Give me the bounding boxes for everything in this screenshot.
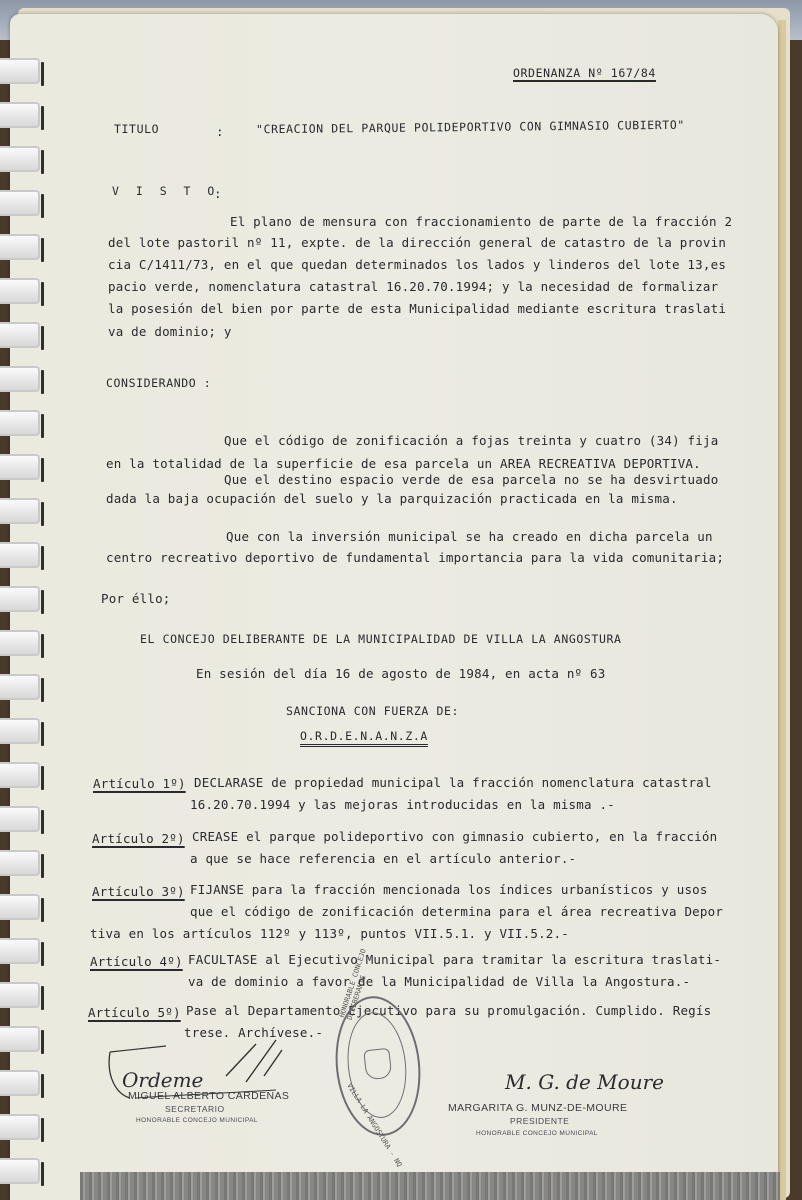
session-info: En sesión del día 16 de agosto de 1984, … <box>196 666 605 681</box>
visto-separator: : <box>214 186 222 201</box>
article-line: a que se hace referencia en el artículo … <box>190 851 576 866</box>
considerando-line: dada la baja ocupación del suelo y la pa… <box>106 491 678 506</box>
president-role: PRESIDENTE <box>510 1116 569 1126</box>
signature-secretary: Ordeme <box>122 1068 203 1092</box>
article-line: que el código de zonificación determina … <box>190 904 723 919</box>
article-line: Pase al Departamento Ejecutivo para su p… <box>186 1003 711 1018</box>
article-line: DECLARASE de propiedad municipal la frac… <box>194 775 712 790</box>
considerando-line: en la totalidad de la superficie de esa … <box>106 456 701 471</box>
secretary-name: MIGUEL ALBERTO CARDENAS <box>128 1090 289 1102</box>
article-label: Artículo 1º) <box>93 776 186 791</box>
considerando-line: Que el destino espacio verde de esa parc… <box>224 472 718 487</box>
visto-line: pacio verde, nomenclatura catastral 16.2… <box>108 279 718 294</box>
visto-line: El plano de mensura con fraccionamiento … <box>230 214 732 229</box>
por-ello: Por éllo; <box>101 591 171 606</box>
visto-line: del lote pastoril nº 11, expte. de la di… <box>108 235 726 250</box>
visto-label: V I S T O <box>112 184 219 198</box>
considerando-label: CONSIDERANDO : <box>106 376 211 390</box>
article-line: FIJANSE para la fracción mencionada los … <box>190 882 708 897</box>
president-org: HONORABLE CONCEJO MUNICIPAL <box>476 1130 598 1137</box>
article-line: va de dominio a favor de la Municipalida… <box>188 974 690 989</box>
titulo-label: TITULO <box>114 122 159 136</box>
article-label: Artículo 3º) <box>92 884 185 899</box>
article-label: Artículo 4º) <box>90 954 183 969</box>
titulo-value: "CREACION DEL PARQUE POLIDEPORTIVO CON G… <box>256 118 685 136</box>
article-line: FACULTASE al Ejecutivo Municipal para tr… <box>188 952 721 967</box>
article-label: Artículo 2º) <box>92 831 185 846</box>
titulo-separator: : <box>216 124 224 139</box>
considerando-line: Que el código de zonificación a fojas tr… <box>224 433 718 448</box>
article-line: tiva en los artículos 112º y 113º, punto… <box>90 926 569 941</box>
signature-president: M. G. de Moure <box>505 1070 664 1094</box>
considerando-line: Que con la inversión municipal se ha cre… <box>226 529 713 544</box>
secretary-role: SECRETARIO <box>165 1104 225 1114</box>
ordinance-number: ORDENANZA Nº 167/84 <box>513 66 656 80</box>
president-name: MARGARITA G. MUNZ-DE-MOURE <box>448 1102 627 1114</box>
article-label: Artículo 5º) <box>88 1005 181 1020</box>
visto-line: cia C/1411/73, en el que quedan determin… <box>108 257 726 272</box>
article-line: CREASE el parque polideportivo con gimna… <box>192 829 717 844</box>
article-line: 16.20.70.1994 y las mejoras introducidas… <box>190 797 615 812</box>
ordenanza-heading: O.R.D.E.N.A.N.Z.A <box>300 729 428 743</box>
considerando-line: centro recreativo deportivo de fundament… <box>106 550 724 565</box>
coat-of-arms-icon <box>363 1048 392 1081</box>
visto-line: la posesión del bien por parte de esta M… <box>108 301 726 316</box>
secretary-org: HONORABLE CONCEJO MUNICIPAL <box>136 1117 258 1124</box>
visto-line: va de dominio; y <box>108 324 232 339</box>
council-name: EL CONCEJO DELIBERANTE DE LA MUNICIPALID… <box>140 632 622 646</box>
sanciona-heading: SANCIONA CON FUERZA DE: <box>286 704 459 718</box>
seal-inner-ring <box>343 1009 412 1120</box>
document-content: ORDENANZA Nº 167/84 TITULO : "CREACION D… <box>0 0 802 1200</box>
